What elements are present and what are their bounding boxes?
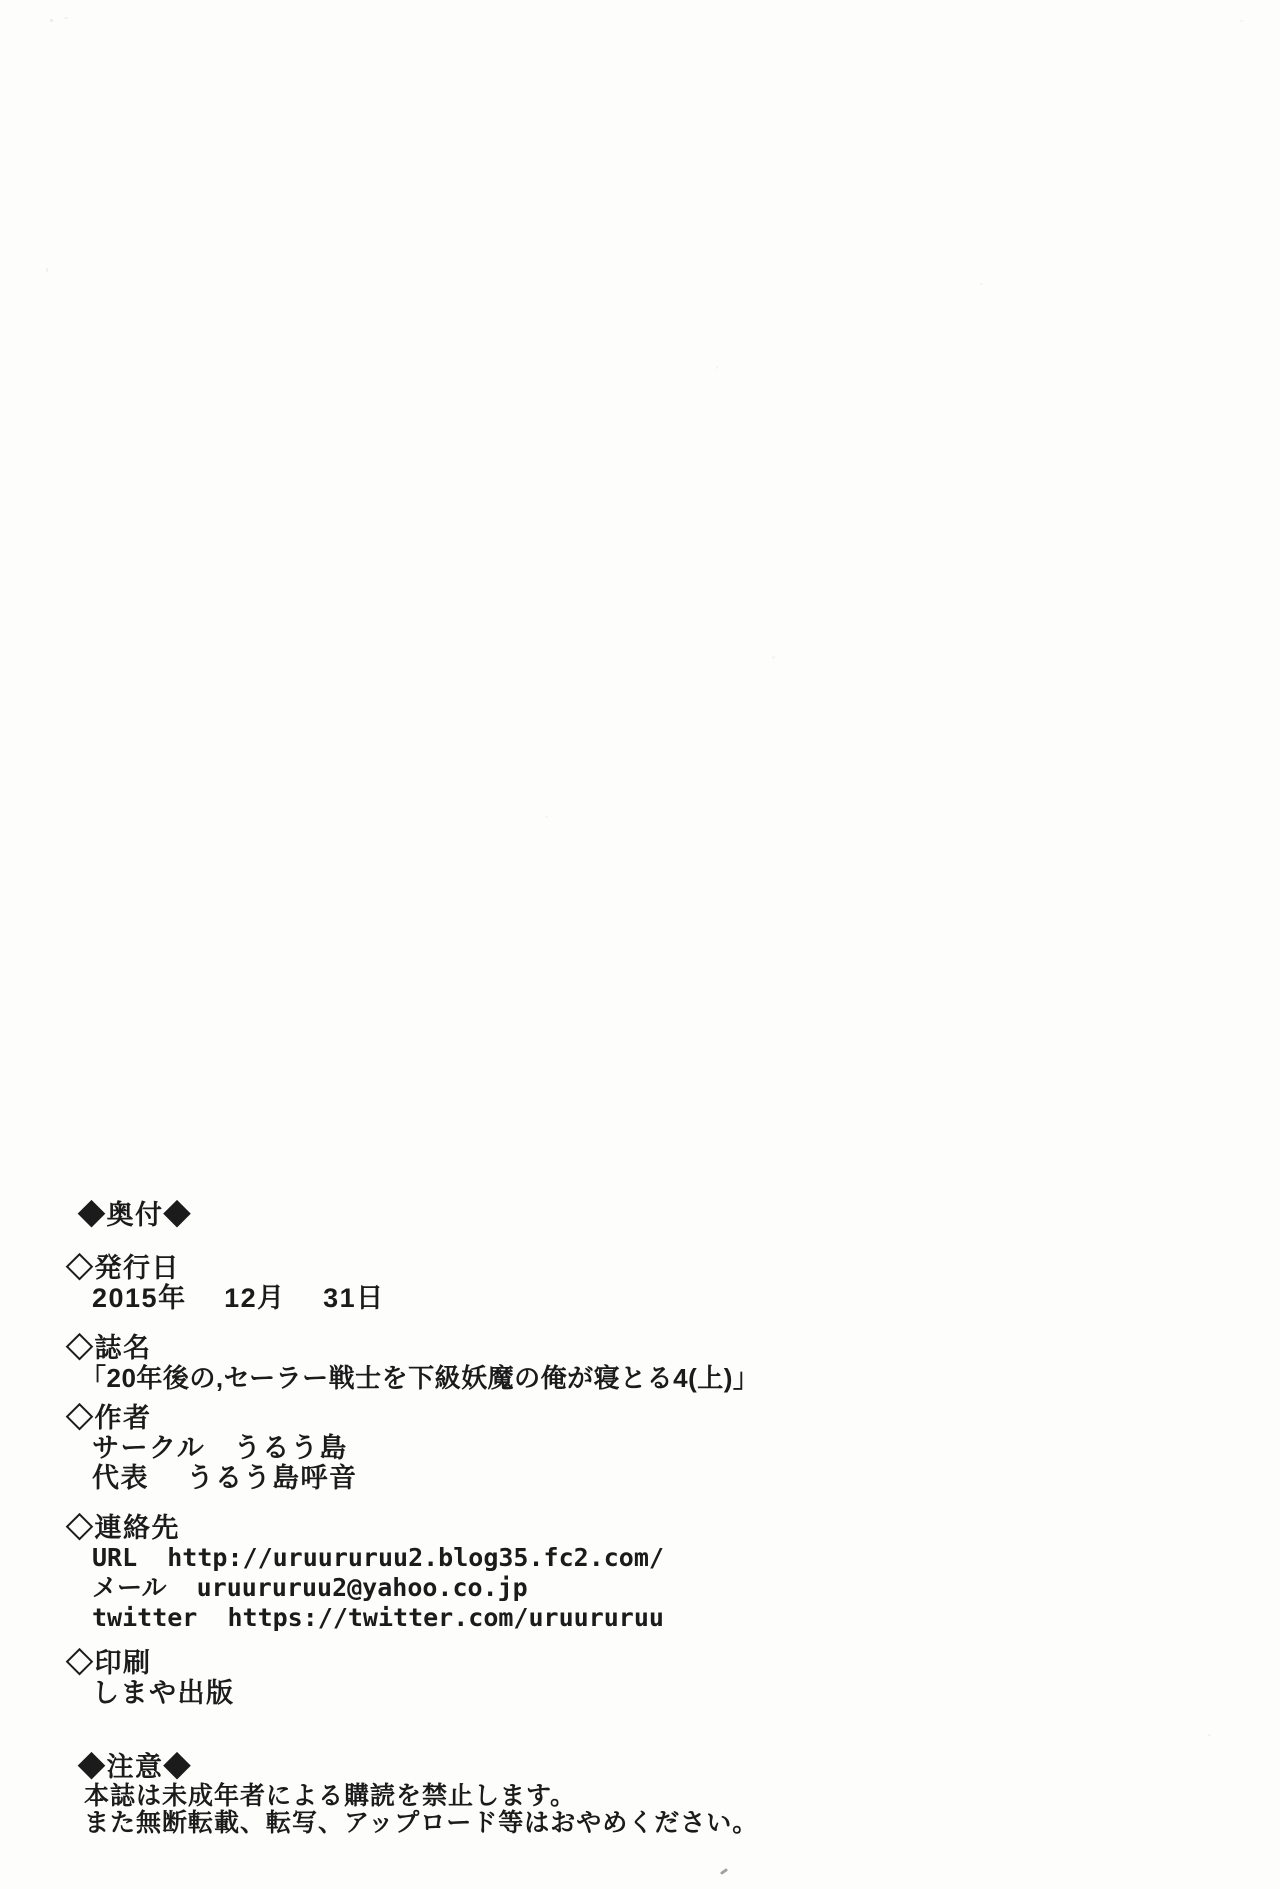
colophon-section-renrakusaki: ◇連絡先 URL http://uruururuu2.blog35.fc2.co… — [0, 1513, 1280, 1633]
section-line: サークル うるう島 — [92, 1433, 1280, 1463]
section-line: 「20年後の,セーラー戦士を下級妖魔の俺が寝とる4(上)」 — [80, 1363, 1280, 1393]
section-header: ◇連絡先 — [66, 1513, 1280, 1543]
section-header: ◇作者 — [66, 1403, 1280, 1433]
section-line: 代表 うるう島呼音 — [92, 1463, 1280, 1493]
colophon-section-okuzuke: ◆奥付◆ — [0, 1200, 1280, 1230]
section-header: ◆注意◆ — [78, 1752, 1280, 1782]
colophon-block: ◆奥付◆ ◇発行日 2015年 12月 31日 ◇誌名 「20年後の,セーラー戦… — [0, 0, 1280, 1889]
section-line: また無断転載、転写、アップロード等はおやめください。 — [84, 1809, 1280, 1836]
section-line: 2015年 12月 31日 — [92, 1283, 1280, 1313]
section-line: しまや出版 — [92, 1678, 1280, 1708]
section-line: twitter https://twitter.com/uruururuu — [92, 1603, 1280, 1633]
scanned-page: ◆奥付◆ ◇発行日 2015年 12月 31日 ◇誌名 「20年後の,セーラー戦… — [0, 0, 1280, 1889]
section-header: ◇誌名 — [66, 1333, 1280, 1363]
colophon-section-insatsu: ◇印刷 しまや出版 — [0, 1648, 1280, 1708]
section-header: ◇発行日 — [66, 1253, 1280, 1283]
colophon-section-shimei: ◇誌名 「20年後の,セーラー戦士を下級妖魔の俺が寝とる4(上)」 — [0, 1333, 1280, 1393]
section-header: ◇印刷 — [66, 1648, 1280, 1678]
section-header: ◆奥付◆ — [78, 1200, 1280, 1230]
section-line: 本誌は未成年者による購読を禁止します。 — [84, 1782, 1280, 1809]
colophon-section-hakkoubi: ◇発行日 2015年 12月 31日 — [0, 1253, 1280, 1313]
colophon-section-sakusha: ◇作者 サークル うるう島代表 うるう島呼音 — [0, 1403, 1280, 1493]
section-line: URL http://uruururuu2.blog35.fc2.com/ — [92, 1543, 1280, 1573]
colophon-section-chuui: ◆注意◆ 本誌は未成年者による購読を禁止します。また無断転載、転写、アップロード… — [0, 1752, 1280, 1836]
section-line: メール uruururuu2@yahoo.co.jp — [92, 1573, 1280, 1603]
